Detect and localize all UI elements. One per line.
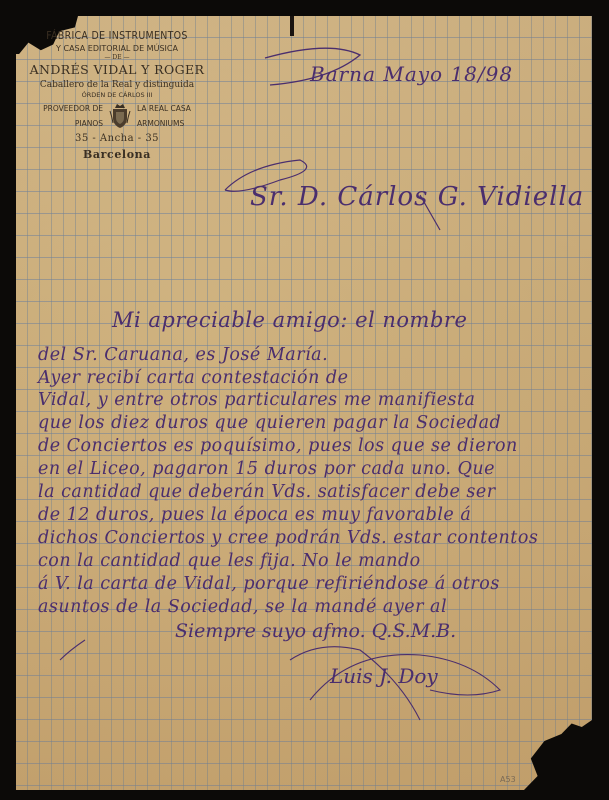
letterhead-line-casa-editorial: Y CASA EDITORIAL DE MÚSICA <box>22 44 212 53</box>
letterhead-company-name: ANDRÉS VIDAL Y ROGER <box>22 62 212 77</box>
letter-date: Barna Mayo 18/98 <box>310 62 513 86</box>
letterhead: FÁBRICA DE INSTRUMENTOS Y CASA EDITORIAL… <box>22 30 212 161</box>
body-line: en el Liceo, pagaron 15 duros por cada u… <box>38 459 495 479</box>
letter-signature: Luis J. Doy <box>330 664 438 688</box>
body-line: de 12 duros, pues la época es muy favora… <box>38 505 471 525</box>
letter-closing: Siempre suyo afmo. Q.S.M.B. <box>175 620 456 642</box>
letterhead-proveedor-left: PROVEEDOR DE <box>43 104 103 113</box>
body-line: á V. la carta de Vidal, porque refiriénd… <box>38 574 500 594</box>
body-line: la cantidad que deberán Vds. satisfacer … <box>38 482 496 502</box>
archive-mark: A53 <box>500 775 516 784</box>
letterhead-products-right: ARMONIUMS <box>137 119 191 128</box>
letterhead-proveedor-row: PROVEEDOR DE PIANOS LA REAL CASA ARMONIU… <box>22 103 212 129</box>
body-line: de Conciertos es poquísimo, pues los que… <box>38 436 518 456</box>
body-line: que los diez duros que quieren pagar la … <box>38 413 501 433</box>
paper-tear-mark <box>290 16 294 36</box>
body-line: con la cantidad que les fija. No le mand… <box>38 551 421 571</box>
torn-corner-bottom-right <box>524 720 592 790</box>
body-line: Vidal, y entre otros particulares me man… <box>38 390 475 410</box>
body-line: del Sr. Caruana, es José María. <box>38 345 328 365</box>
letterhead-proveedor-right: LA REAL CASA <box>137 104 191 113</box>
letterhead-line-fabrica: FÁBRICA DE INSTRUMENTOS <box>22 30 212 42</box>
letterhead-city: Barcelona <box>22 148 212 161</box>
letterhead-address: 35 - Ancha - 35 <box>22 133 212 144</box>
body-line: Ayer recibí carta contestación de <box>38 368 348 388</box>
letterhead-de: — DE — <box>22 54 212 61</box>
body-line: asuntos de la Sociedad, se la mandé ayer… <box>38 597 447 617</box>
body-line: dichos Conciertos y cree podrán Vds. est… <box>38 528 538 548</box>
body-line: Mi apreciable amigo: el nombre <box>112 308 467 332</box>
letter-addressee: Sr. D. Cárlos G. Vidiella <box>250 182 584 212</box>
royal-crest-icon <box>109 103 131 129</box>
letterhead-products-left: PIANOS <box>43 119 103 128</box>
letterhead-caballero: Caballero de la Real y distinguida <box>22 80 212 90</box>
letterhead-orden: ÓRDEN DE CÁRLOS III <box>22 91 212 99</box>
